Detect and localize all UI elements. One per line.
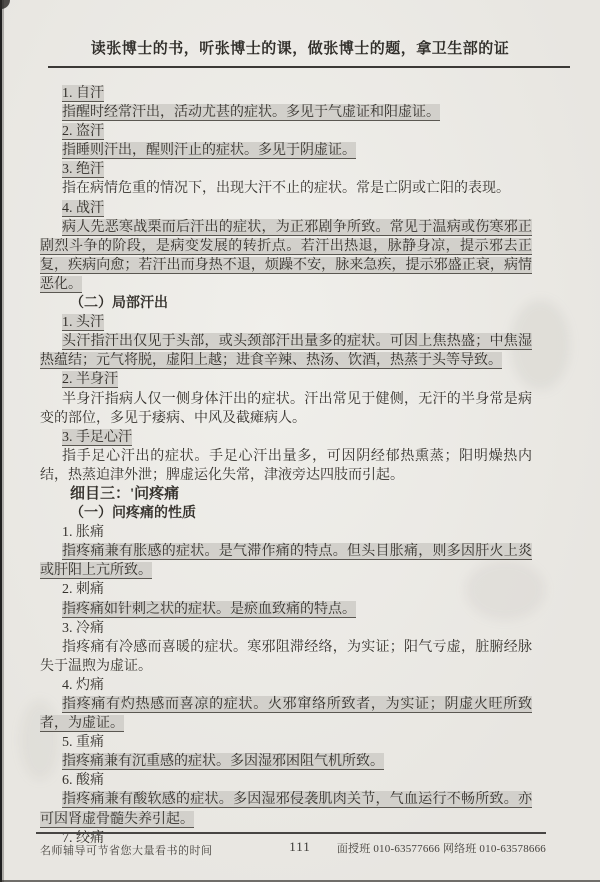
definition-paragraph: 指睡则汗出，醒则汗止的症状。多见于阴虚证。 [40,141,532,160]
text-run: 指疼痛有冷感而喜暖的症状。寒邪阻滞经络，为实证；阳气亏虚，脏腑经脉失于温煦为虚证… [40,640,532,674]
highlighted-text-run: 指疼痛有灼热感而喜凉的症状。火邪窜络所致者，为实证；阴虚火旺所致者，为虚证。 [40,696,532,732]
page-footer: 名师辅导可节省您大量看书的时间 111 面授班 010-63577666 网络班… [0,839,600,857]
item-heading: 2. 盗汗 [40,122,532,141]
text-run: 指在病情危重的情况下，出现大汗不止的症状。常是亡阴或亡阳的表现。 [62,181,510,196]
item-heading: 6. 酸痛 [40,771,532,790]
text-run: 6. 酸痛 [62,773,104,788]
highlighted-text-run: 1. 自汗 [62,85,104,102]
chapter-heading: 细目三：'问疼痛 [40,485,532,504]
highlighted-text-run: 指疼痛兼有酸软感的症状。多因湿邪侵袭肌肉关节，气血运行不畅所致。亦可因肾虚骨髓失… [40,791,532,827]
definition-paragraph: 指疼痛兼有酸软感的症状。多因湿邪侵袭肌肉关节，气血运行不畅所致。亦可因肾虚骨髓失… [40,790,532,828]
item-heading: 5. 重痛 [40,733,532,752]
text-run: 4. 灼痛 [62,678,104,693]
highlighted-text-run: 头汗指汗出仅见于头部，或头颈部汗出量多的症状。可因上焦热盛；中焦湿热蕴结；元气将… [40,333,532,369]
item-heading: 4. 战汗 [40,199,532,218]
definition-paragraph: 指醒时经常汗出，活动尤甚的症状。多见于气虚证和阳虚证。 [40,103,532,122]
highlighted-text-run: 指睡则汗出，醒则汗止的症状。多见于阴虚证。 [62,142,356,159]
item-heading: 1. 胀痛 [40,523,532,542]
definition-paragraph: 指疼痛兼有沉重感的症状。多因湿邪困阻气机所致。 [40,752,532,771]
item-heading: 3. 手足心汗 [40,428,532,447]
definition-paragraph: 指疼痛兼有胀感的症状。是气滞作痛的特点。但头目胀痛，则多因肝火上炎或肝阳上亢所致… [40,542,532,580]
scan-left-edge-shadow [2,0,4,882]
highlighted-text-run: 病人先恶寒战栗而后汗出的症状，为正邪剧争所致。常见于温病或伤寒邪正剧烈斗争的阶段… [40,219,532,293]
text-run: 3. 冷痛 [62,621,104,636]
highlighted-text-run: 3. 绝汗 [62,161,104,178]
footer-contact-numbers: 面授班 010-63577666 网络班 010-63578666 [337,840,546,856]
definition-paragraph: 指在病情危重的情况下，出现大汗不止的症状。常是亡阴或亡阳的表现。 [40,179,532,198]
highlighted-text-run: 4. 战汗 [62,200,104,217]
item-heading: 3. 冷痛 [40,619,532,638]
definition-paragraph: 头汗指汗出仅见于头部，或头颈部汗出量多的症状。可因上焦热盛；中焦湿热蕴结；元气将… [40,332,532,370]
text-run: （二）局部汗出 [70,296,168,311]
item-heading: 2. 半身汗 [40,370,532,389]
text-run: 5. 重痛 [62,735,104,750]
section-heading: （一）问疼痛的性质 [40,504,532,523]
header-rule [48,66,570,68]
definition-paragraph: 指疼痛有灼热感而喜凉的症状。火邪窜络所致者，为实证；阴虚火旺所致者，为虚证。 [40,695,532,733]
item-heading: 1. 自汗 [40,84,532,103]
text-run: 指手足心汗出的症状。手足心汗出量多，可因阴经郁热熏蒸；阳明燥热内结，热蒸迫津外泄… [40,449,532,483]
item-heading: 3. 绝汗 [40,160,532,179]
definition-paragraph: 指疼痛有冷感而喜暖的症状。寒邪阻滞经络，为实证；阳气亏虚，脏腑经脉失于温煦为虚证… [40,638,532,676]
highlighted-text-run: 指疼痛兼有胀感的症状。是气滞作痛的特点。但头目胀痛，则多因肝火上炎或肝阳上亢所致… [40,543,532,579]
text-run: 1. 胀痛 [62,525,104,540]
definition-paragraph: 指手足心汗出的症状。手足心汗出量多，可因阴经郁热熏蒸；阳明燥热内结，热蒸迫津外泄… [40,447,532,485]
section-heading: （二）局部汗出 [40,294,532,313]
definition-paragraph: 病人先恶寒战栗而后汗出的症状，为正邪剧争所致。常见于温病或伤寒邪正剧烈斗争的阶段… [40,218,532,294]
highlighted-text-run: 指疼痛如针刺之状的症状。是瘀血致痛的特点。 [62,601,356,618]
highlighted-text-run: 指疼痛兼有沉重感的症状。多因湿邪困阻气机所致。 [62,753,384,770]
highlighted-text-run: 1. 头汗 [62,314,104,331]
highlighted-text-run: 3. 手足心汗 [62,429,132,446]
highlighted-text-run: 2. 半身汗 [62,371,118,388]
text-run: 2. 刺痛 [62,582,104,597]
definition-paragraph: 指疼痛如针刺之状的症状。是瘀血致痛的特点。 [40,600,532,619]
text-run: 半身汗指病人仅一侧身体汗出的症状。汗出常见于健侧，无汗的半身常是病变的部位，多见… [40,392,532,426]
item-heading: 4. 灼痛 [40,676,532,695]
footer-rule [36,832,546,834]
text-run: （一）问疼痛的性质 [70,506,196,521]
page-body: 1. 自汗指醒时经常汗出，活动尤甚的症状。多见于气虚证和阳虚证。2. 盗汗指睡则… [40,84,532,848]
item-heading: 1. 头汗 [40,313,532,332]
highlighted-text-run: 指醒时经常汗出，活动尤甚的症状。多见于气虚证和阳虚证。 [62,104,440,121]
item-heading: 2. 刺痛 [40,580,532,599]
text-run: 细目三：'问疼痛 [70,486,179,502]
scan-corner-smudge [0,0,10,9]
page-header-slogan: 读张博士的书，听张博士的课，做张博士的题，拿卫生部的证 [0,37,600,58]
definition-paragraph: 半身汗指病人仅一侧身体汗出的症状。汗出常见于健侧，无汗的半身常是病变的部位，多见… [40,390,532,428]
highlighted-text-run: 2. 盗汗 [62,123,104,140]
